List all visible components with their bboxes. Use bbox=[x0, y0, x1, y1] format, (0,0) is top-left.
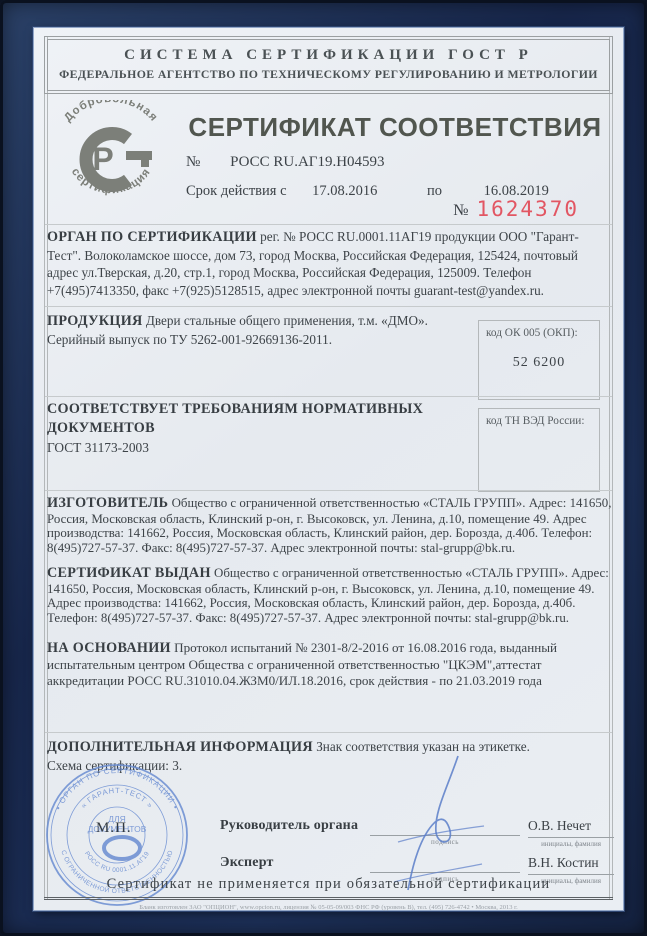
stamp-inner-top-text: « ГАРАНТ-ТЕСТ » bbox=[79, 786, 155, 810]
expert-label: Эксперт bbox=[220, 855, 274, 871]
certification-body-label: ОРГАН ПО СЕРТИФИКАЦИИ bbox=[47, 229, 257, 245]
section-issued-to: СЕРТИФИКАТ ВЫДАН Общество с ограниченной… bbox=[47, 566, 613, 625]
header-box: СИСТЕМА СЕРТИФИКАЦИИ ГОСТ Р ФЕДЕРАЛЬНОЕ … bbox=[44, 36, 613, 94]
cert-number-value: РОСС RU.АГ19.Н04593 bbox=[230, 154, 384, 170]
additional-info-label: ДОПОЛНИТЕЛЬНАЯ ИНФОРМАЦИЯ bbox=[47, 739, 313, 755]
stamp-inner-bottom-text: РОСС RU 0001.11.АГ19 bbox=[83, 850, 151, 874]
section-basis: НА ОСНОВАНИИ Протокол испытаний № 2301-8… bbox=[47, 640, 613, 688]
logo-arc-top-text: Добровольная bbox=[62, 100, 160, 124]
expert-name: В.Н. Костин bbox=[528, 855, 614, 875]
product-label: ПРОДУКЦИЯ bbox=[47, 313, 143, 329]
blank-number: №1624370 bbox=[453, 196, 579, 220]
certificate-title: СЕРТИФИКАТ СООТВЕТСТВИЯ bbox=[174, 112, 616, 143]
svg-text:Добровольная: Добровольная bbox=[62, 100, 160, 124]
section-certification-body: ОРГАН ПО СЕРТИФИКАЦИИ рег. № РОСС RU.000… bbox=[47, 228, 609, 299]
blank-number-label: № bbox=[453, 202, 468, 219]
manufacturer-label: ИЗГОТОВИТЕЛЬ bbox=[47, 495, 168, 511]
section-manufacturer: ИЗГОТОВИТЕЛЬ Общество с ограниченной отв… bbox=[47, 496, 613, 555]
cert-number-label: № bbox=[186, 154, 200, 170]
bottom-double-line bbox=[44, 897, 613, 900]
basis-label: НА ОСНОВАНИИ bbox=[47, 640, 171, 656]
okp-code-box: код ОК 005 (ОКП): 52 6200 bbox=[478, 320, 600, 400]
blank-number-value: 1624370 bbox=[476, 197, 579, 221]
mandatory-certification-note: Сертификат не применяется при обязательн… bbox=[74, 876, 583, 893]
section-conforms: СООТВЕТСТВУЕТ ТРЕБОВАНИЯМ НОРМАТИВНЫХ ДО… bbox=[47, 400, 467, 457]
certificate-page: СИСТЕМА СЕРТИФИКАЦИИ ГОСТ Р ФЕДЕРАЛЬНОЕ … bbox=[34, 28, 623, 910]
stamp-center-emblem bbox=[104, 837, 140, 859]
cert-number-row: № РОСС RU.АГ19.Н04593 bbox=[186, 154, 385, 171]
okp-value: 52 6200 bbox=[486, 355, 592, 371]
rst-logo-icon: Добровольная сертификация Р bbox=[46, 100, 176, 208]
section-divider bbox=[45, 396, 612, 397]
section-divider bbox=[45, 490, 612, 491]
head-name: О.В. Нечет bbox=[528, 818, 614, 838]
section-divider bbox=[45, 224, 612, 225]
svg-text:РОСС RU 0001.11.АГ19: РОСС RU 0001.11.АГ19 bbox=[83, 850, 151, 874]
conforms-label: СООТВЕТСТВУЕТ ТРЕБОВАНИЯМ НОРМАТИВНЫХ ДО… bbox=[47, 401, 423, 436]
section-divider bbox=[45, 306, 612, 307]
section-divider bbox=[45, 732, 612, 733]
head-name-caption: инициалы, фамилия bbox=[528, 840, 614, 848]
signature-icon bbox=[386, 750, 501, 895]
validity-prefix: Срок действия с bbox=[186, 183, 287, 199]
tnved-code-box: код ТН ВЭД России: bbox=[478, 408, 600, 492]
head-of-body-label: Руководитель органа bbox=[220, 818, 358, 834]
validity-infix: по bbox=[427, 183, 442, 199]
tnved-label: код ТН ВЭД России: bbox=[486, 415, 592, 427]
agency-title: ФЕДЕРАЛЬНОЕ АГЕНТСТВО ПО ТЕХНИЧЕСКОМУ РЕ… bbox=[48, 67, 609, 82]
valid-from-date: 17.08.2016 bbox=[312, 183, 377, 199]
header-box-inner: СИСТЕМА СЕРТИФИКАЦИИ ГОСТ Р ФЕДЕРАЛЬНОЕ … bbox=[47, 39, 610, 91]
blank-maker-fine-print: Бланк изготовлен ЗАО "ОПЦИОН", www.opcio… bbox=[94, 904, 563, 911]
section-product: ПРОДУКЦИЯ Двери стальные общего применен… bbox=[47, 312, 477, 348]
photo-frame: СИСТЕМА СЕРТИФИКАЦИИ ГОСТ Р ФЕДЕРАЛЬНОЕ … bbox=[0, 0, 647, 936]
logo-r-letter: Р bbox=[92, 141, 113, 177]
stamp-place-label: М.П. bbox=[96, 820, 132, 837]
svg-text:« ГАРАНТ-ТЕСТ »: « ГАРАНТ-ТЕСТ » bbox=[79, 786, 155, 810]
logo-t-stem bbox=[141, 151, 149, 167]
system-title: СИСТЕМА СЕРТИФИКАЦИИ ГОСТ Р bbox=[48, 47, 609, 64]
issued-to-label: СЕРТИФИКАТ ВЫДАН bbox=[47, 565, 211, 581]
conforms-standard: ГОСТ 31173-2003 bbox=[47, 439, 467, 457]
okp-label: код ОК 005 (ОКП): bbox=[486, 327, 592, 339]
